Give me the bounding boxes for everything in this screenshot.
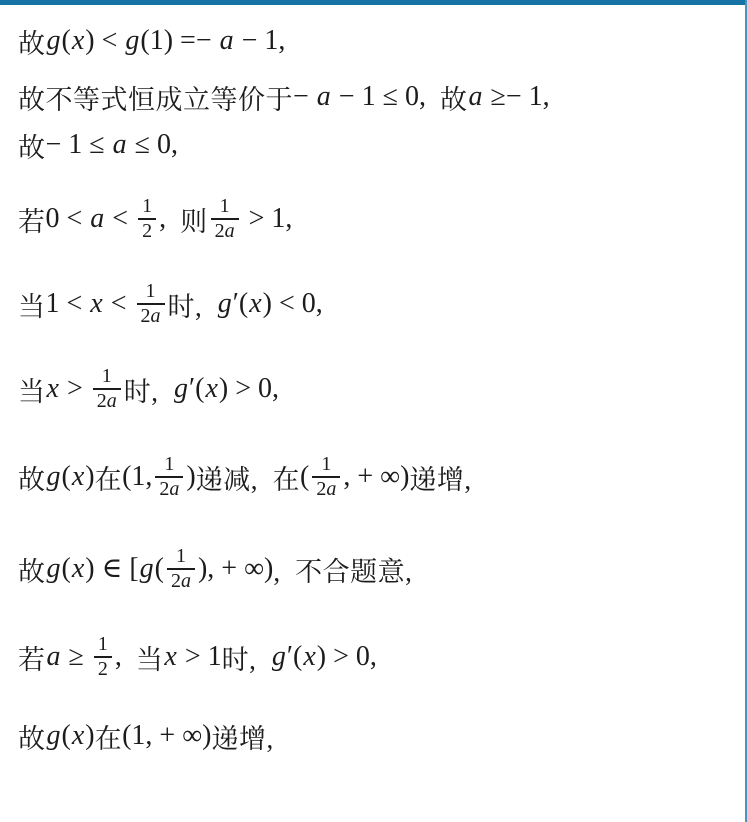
math-variable: a: [181, 570, 191, 592]
math-text: x >: [46, 373, 90, 404]
math-variable: g: [46, 720, 62, 751]
fraction-numerator: 1: [160, 453, 178, 476]
fraction: 12a: [312, 453, 340, 501]
math-text: 1 < x <: [46, 288, 134, 319]
math-text: g′(x) < 0,: [217, 288, 323, 319]
math-variable: a: [219, 25, 235, 56]
math-variable: x: [89, 288, 103, 319]
formula-line: 当x > 12a时, g′(x) > 0,: [18, 369, 737, 417]
math-variable: g: [271, 641, 287, 672]
math-text: g(x): [46, 461, 95, 492]
fraction-numerator: 1: [172, 545, 190, 568]
math-variable: g: [217, 288, 233, 319]
math-text: g′(x) > 0,: [173, 373, 279, 404]
fraction-denominator: 2: [138, 218, 156, 243]
fraction-numerator: 1: [317, 453, 335, 476]
math-variable: a: [326, 478, 336, 500]
math-variable: a: [169, 478, 179, 500]
formula-line: 故g(x) < g(1) =− a − 1,: [18, 22, 737, 63]
fraction: 12: [94, 633, 112, 681]
cjk-text: 当: [18, 377, 46, 407]
fraction: 12a: [211, 195, 239, 243]
top-border-bar: [0, 0, 747, 5]
math-variable: x: [302, 641, 316, 672]
fraction-numerator: 1: [98, 365, 116, 388]
cjk-text: 递增,: [409, 465, 471, 495]
math-variable: g: [173, 373, 189, 404]
fraction-denominator: 2a: [93, 388, 121, 413]
math-text: 0 < a <: [46, 203, 136, 234]
math-text: a ≥− 1,: [467, 81, 549, 112]
math-text: (1,: [122, 461, 152, 492]
math-text: > 1,: [242, 203, 293, 234]
math-text: g(x): [46, 720, 95, 751]
fraction-numerator: 1: [94, 633, 112, 656]
math-variable: a: [225, 220, 235, 242]
math-text: g(x) < g(1) =− a − 1,: [46, 25, 286, 56]
math-variable: x: [71, 720, 85, 751]
formula-line: 故g(x) ∈ [g(12a), + ∞), 不合题意,: [18, 549, 737, 597]
math-text: a ≥: [46, 641, 91, 672]
math-text: x > 1: [163, 641, 221, 672]
cjk-text: 当: [136, 645, 164, 675]
math-variable: g: [124, 25, 140, 56]
formula-line: 当1 < x < 12a时, g′(x) < 0,: [18, 284, 737, 332]
cjk-text: 故: [18, 724, 46, 754]
fraction: 12: [138, 195, 156, 243]
math-variable: g: [46, 461, 62, 492]
math-variable: x: [46, 373, 60, 404]
math-variable: a: [467, 81, 483, 112]
formula-line: 若0 < a < 12, 则12a > 1,: [18, 199, 737, 247]
math-variable: a: [316, 81, 332, 112]
cjk-text: 则: [180, 207, 208, 237]
math-variable: g: [46, 553, 62, 584]
fraction: 12a: [93, 365, 121, 413]
fraction-numerator: 1: [142, 280, 160, 303]
math-text: g(x) ∈ [g(: [46, 553, 164, 584]
math-variable: g: [46, 25, 62, 56]
cjk-text: 故: [18, 29, 46, 59]
cjk-text: 故不等式恒成立等价于: [18, 85, 293, 115]
fraction: 12a: [155, 453, 183, 501]
fraction-numerator: 1: [216, 195, 234, 218]
fraction-denominator: 2a: [137, 303, 165, 328]
cjk-text: 在: [95, 465, 123, 495]
math-variable: x: [163, 641, 177, 672]
fraction-denominator: 2a: [211, 218, 239, 243]
math-text: − 1 ≤ a ≤ 0,: [46, 129, 179, 160]
math-variable: g: [139, 553, 155, 584]
math-variable: a: [112, 129, 128, 160]
cjk-text: 当: [18, 292, 46, 322]
math-text: g′(x) > 0,: [271, 641, 377, 672]
formula-line: 故g(x)在(1, + ∞)递增,: [18, 717, 737, 758]
math-text: ), + ∞): [198, 553, 273, 584]
math-variable: x: [71, 461, 85, 492]
math-variable: a: [89, 203, 105, 234]
math-variable: x: [248, 288, 262, 319]
cjk-text: 故: [18, 133, 46, 163]
cjk-text: 时,: [124, 377, 173, 407]
math-variable: x: [71, 25, 85, 56]
math-text: ,: [159, 203, 180, 234]
fraction: 12a: [167, 545, 195, 593]
fraction-denominator: 2a: [312, 476, 340, 501]
math-variable: a: [46, 641, 62, 672]
fraction-numerator: 1: [138, 195, 156, 218]
cjk-text: 故: [440, 85, 468, 115]
fraction-denominator: 2a: [155, 476, 183, 501]
cjk-text: 若: [18, 207, 46, 237]
fraction-denominator: 2a: [167, 568, 195, 593]
math-solution-content: 故g(x) < g(1) =− a − 1,故不等式恒成立等价于− a − 1 …: [0, 0, 747, 758]
math-text: , + ∞): [343, 461, 409, 492]
formula-line: 若a ≥ 12, 当x > 1时, g′(x) > 0,: [18, 637, 737, 685]
cjk-text: 在: [95, 724, 123, 754]
cjk-text: 递减, 在: [196, 465, 300, 495]
math-variable: x: [71, 553, 85, 584]
math-text: − a − 1 ≤ 0,: [293, 81, 440, 112]
math-text: (1, + ∞): [122, 720, 211, 751]
math-variable: a: [151, 305, 161, 327]
cjk-text: 时,: [222, 645, 271, 675]
math-text: ,: [115, 641, 136, 672]
fraction: 12a: [137, 280, 165, 328]
math-variable: x: [204, 373, 218, 404]
math-variable: a: [107, 390, 117, 412]
cjk-text: 故: [18, 557, 46, 587]
math-text: ): [186, 461, 195, 492]
cjk-text: 若: [18, 645, 46, 675]
formula-line: 故− 1 ≤ a ≤ 0,: [18, 126, 737, 167]
cjk-text: 递增,: [212, 724, 274, 754]
formula-line: 故g(x)在(1,12a)递减, 在(12a, + ∞)递增,: [18, 457, 737, 505]
cjk-text: 时,: [168, 292, 217, 322]
cjk-text: , 不合题意,: [273, 557, 412, 587]
fraction-denominator: 2: [94, 656, 112, 681]
formula-line: 故不等式恒成立等价于− a − 1 ≤ 0, 故a ≥− 1,: [18, 78, 737, 119]
math-text: (: [300, 461, 309, 492]
cjk-text: 故: [18, 465, 46, 495]
